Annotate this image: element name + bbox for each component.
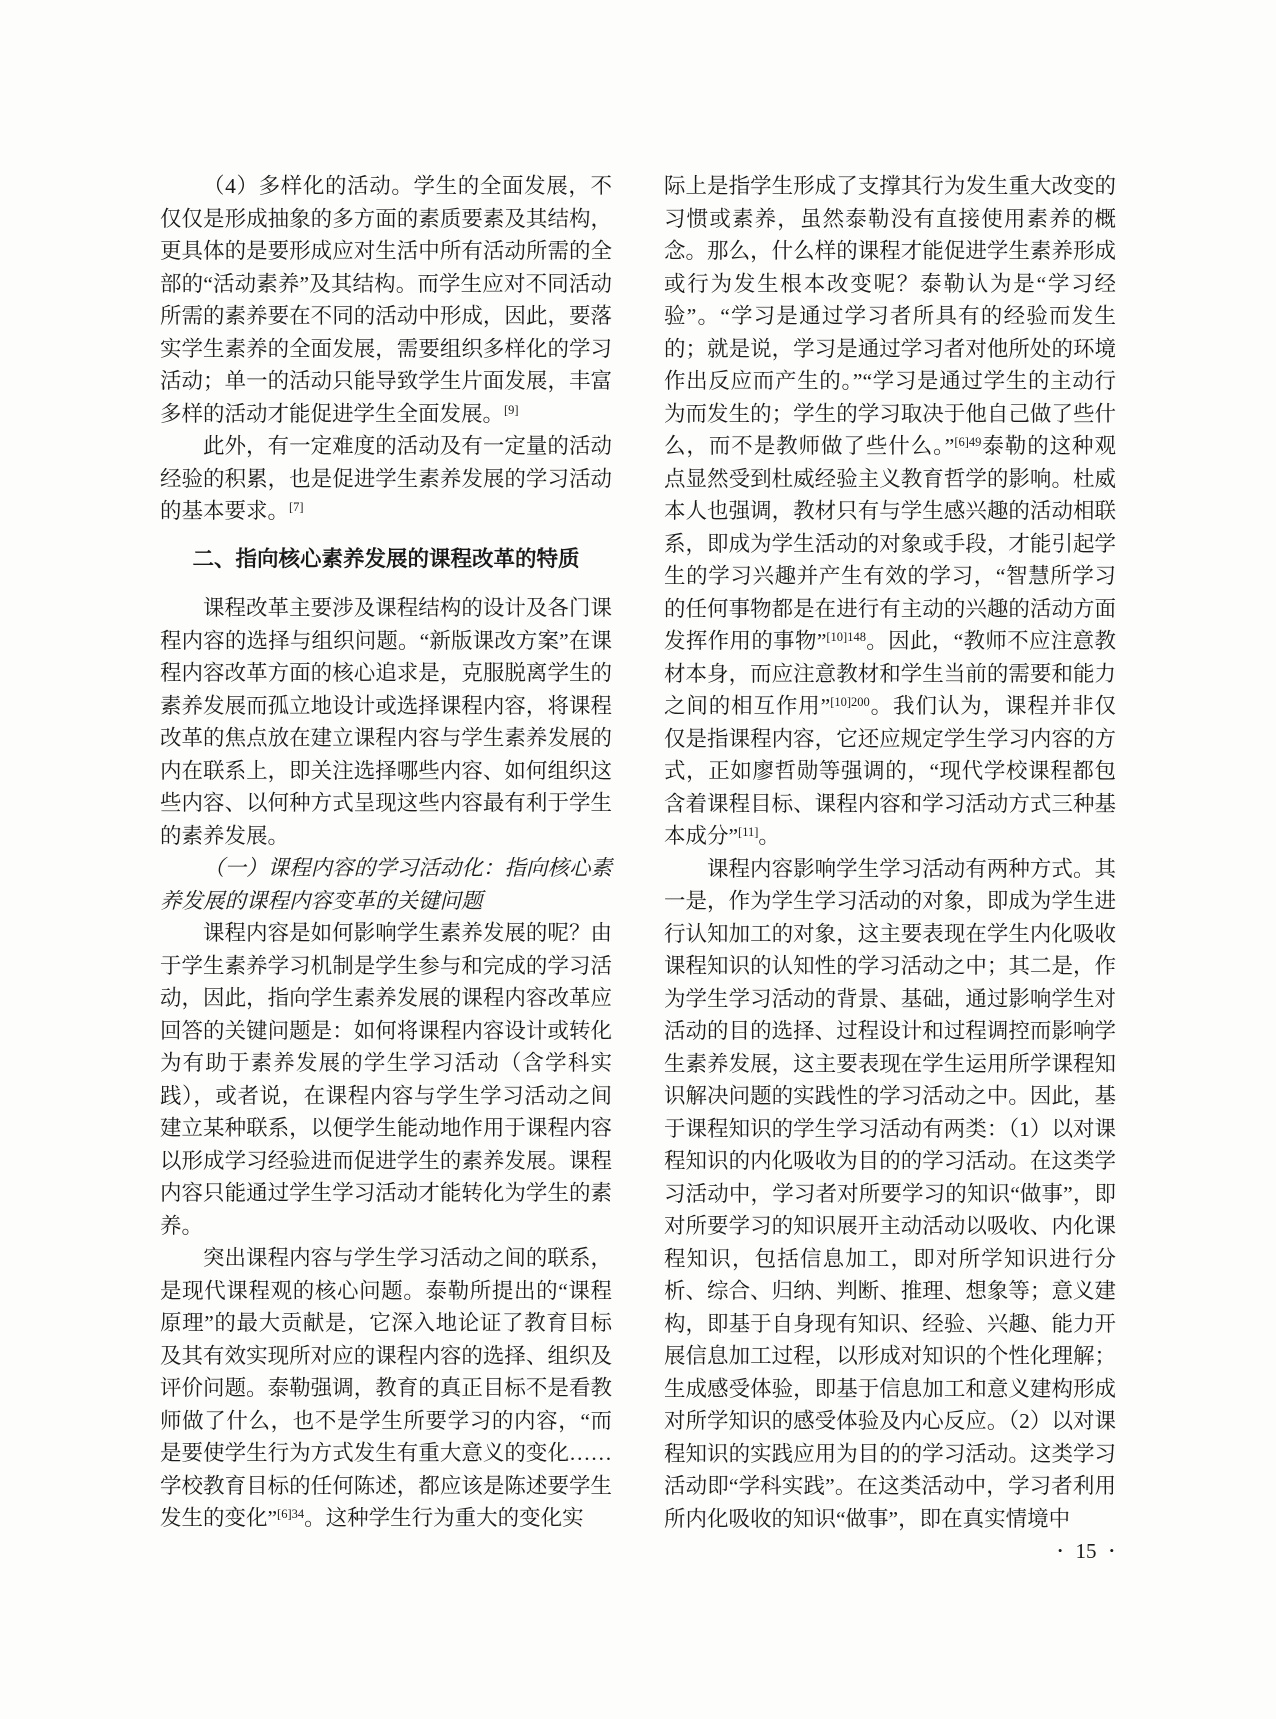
citation-marker: [6]34 (277, 1507, 304, 1521)
page-footer: •15• (664, 1535, 1116, 1568)
paragraph: 课程改革主要涉及课程结构的设计及各门课程内容的选择与组织问题。“新版课改方案”在… (160, 592, 612, 852)
footer-ornament-right: • (1109, 1543, 1114, 1558)
document-page: （4）多样化的活动。学生的全面发展，不仅仅是形成抽象的多方面的素质要素及其结构，… (0, 0, 1276, 1719)
two-column-body: （4）多样化的活动。学生的全面发展，不仅仅是形成抽象的多方面的素质要素及其结构，… (0, 0, 1276, 1568)
citation-marker: [6]49 (954, 435, 981, 449)
paragraph: 此外，有一定难度的活动及有一定量的活动经验的积累，也是促进学生素养发展的学习活动… (160, 430, 612, 528)
paragraph: 课程内容影响学生学习活动有两种方式。其一是，作为学生学习活动的对象，即成为学生进… (664, 853, 1116, 1536)
paragraph: （4）多样化的活动。学生的全面发展，不仅仅是形成抽象的多方面的素质要素及其结构，… (160, 170, 612, 430)
section-heading: 二、指向核心素养发展的课程改革的特质 (160, 543, 612, 576)
paragraph: 课程内容是如何影响学生素养发展的呢？由于学生素养学习机制是学生参与和完成的学习活… (160, 917, 612, 1242)
column-left: （4）多样化的活动。学生的全面发展，不仅仅是形成抽象的多方面的素质要素及其结构，… (160, 170, 612, 1568)
citation-marker: [7] (289, 500, 304, 514)
column-right: 际上是指学生形成了支撑其行为发生重大改变的习惯或素养，虽然泰勒没有直接使用素养的… (664, 170, 1116, 1568)
citation-marker: [10]148 (826, 630, 866, 644)
subsection-heading: （一）课程内容的学习活动化：指向核心素养发展的课程内容变革的关键问题 (160, 852, 612, 917)
footer-ornament-left: • (1058, 1543, 1063, 1558)
page-number: 15 (1075, 1539, 1096, 1563)
column-right-content: 际上是指学生形成了支撑其行为发生重大改变的习惯或素养，虽然泰勒没有直接使用素养的… (664, 170, 1116, 1535)
citation-marker: [9] (504, 403, 519, 417)
paragraph: 突出课程内容与学生学习活动之间的联系，是现代课程观的核心问题。泰勒所提出的“课程… (160, 1242, 612, 1535)
citation-marker: [10]200 (830, 695, 870, 709)
citation-marker: [11] (738, 825, 758, 839)
paragraph: 际上是指学生形成了支撑其行为发生重大改变的习惯或素养，虽然泰勒没有直接使用素养的… (664, 170, 1116, 853)
